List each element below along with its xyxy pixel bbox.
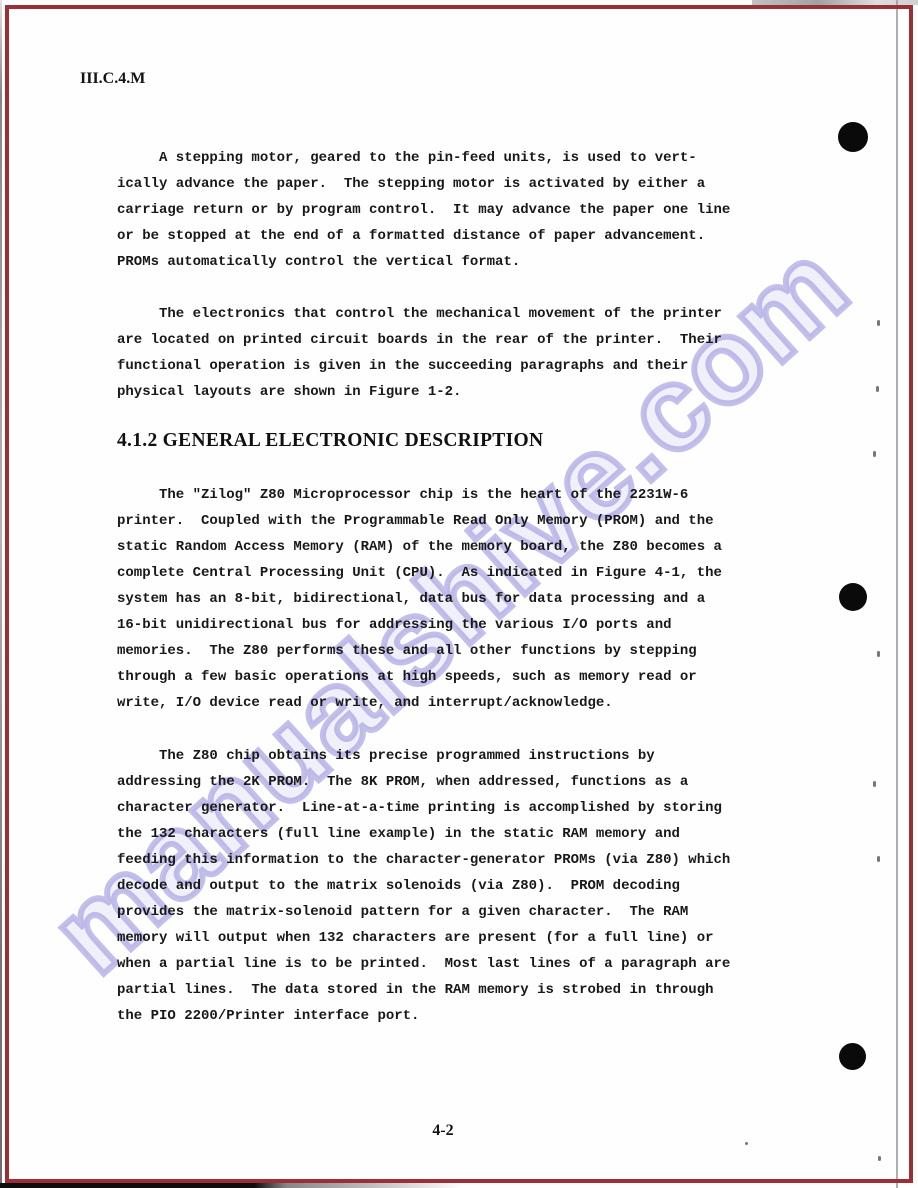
- paragraph-prom-ram-operation: The Z80 chip obtains its precise program…: [117, 743, 730, 1029]
- scan-edge-left-artifact: [0, 0, 2, 1188]
- scan-speck: [873, 451, 876, 457]
- paragraph-stepping-motor: A stepping motor, geared to the pin-feed…: [117, 145, 730, 275]
- scan-speck: [878, 1156, 881, 1161]
- page-number: 4-2: [400, 1122, 486, 1140]
- paragraph-z80-description: The "Zilog" Z80 Microprocessor chip is t…: [117, 482, 722, 716]
- scan-speck: [876, 386, 879, 392]
- scan-speck: [877, 856, 880, 862]
- punch-hole-dot-bottom: [839, 1043, 866, 1070]
- scan-speck: [745, 1142, 748, 1145]
- scan-edge-right-artifact: [896, 0, 898, 1188]
- paragraph-electronics-location: The electronics that control the mechani…: [117, 301, 722, 405]
- document-reference-header: III.C.4.M: [80, 70, 145, 88]
- scan-speck: [877, 651, 880, 657]
- scan-speck: [873, 781, 876, 787]
- scan-smudge-top-right: [752, 0, 918, 5]
- section-heading: 4.1.2 GENERAL ELECTRONIC DESCRIPTION: [117, 430, 543, 452]
- punch-hole-dot-middle: [839, 583, 867, 611]
- scan-edge-bottom-artifact: [0, 1183, 462, 1188]
- punch-hole-dot-top: [838, 122, 868, 152]
- scanned-manual-page: manualshive.com III.C.4.M A stepping mot…: [0, 0, 918, 1188]
- scan-speck: [877, 320, 880, 326]
